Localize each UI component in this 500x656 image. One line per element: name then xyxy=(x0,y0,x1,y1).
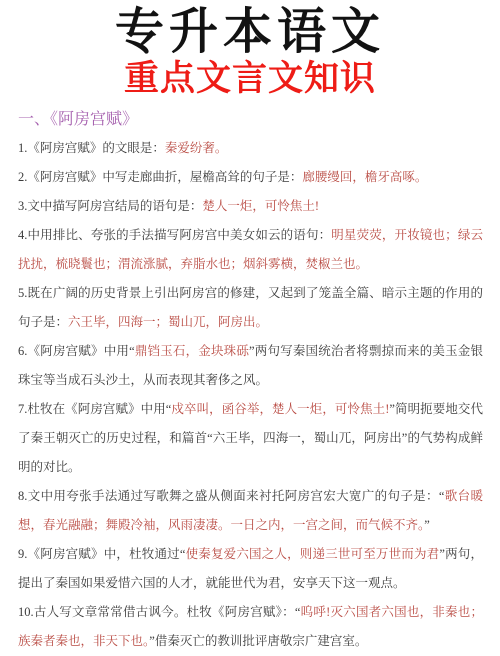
question-text: 3.文中描写阿房宫结局的语句是： xyxy=(18,199,202,213)
section-heading: 一、《阿房宫赋》 xyxy=(18,111,500,129)
page-title: 专升本语文 xyxy=(0,8,500,57)
question-text: ” xyxy=(424,518,430,532)
answer-text: 秦爱纷奢。 xyxy=(165,141,228,155)
qa-item: 4.中用排比、夸张的手法描写阿房宫中美女如云的语句：明星荧荧，开妆镜也；绿云扰扰… xyxy=(18,221,483,279)
question-text: 8.文中用夸张手法通过写歌舞之盛从侧面来衬托阿房宫宏大宽广的句子是：“ xyxy=(18,489,444,503)
question-text: ”借秦灭亡的教训批评唐敬宗广建宫室。 xyxy=(149,634,367,648)
question-text: 2.《阿房宫赋》中写走廊曲折，屋檐高耸的句子是： xyxy=(18,170,302,184)
answer-text: 使秦复爱六国之人，则递三世可至万世而为君 xyxy=(185,547,439,561)
qa-item: 6.《阿房宫赋》中用“鼎铛玉石，金块珠砾”两句写秦国统治者将剽掠而来的美玉金银珠… xyxy=(18,337,483,395)
answer-text: 戍卒叫，函谷举，楚人一炬，可怜焦土! xyxy=(171,402,389,416)
question-text: 7.杜牧在《阿房宫赋》中用“ xyxy=(18,402,171,416)
qa-item: 5.既在广阔的历史背景上引出阿房宫的修建，又起到了笼盖全篇、暗示主题的作用的句子… xyxy=(18,279,483,337)
answer-text: 鼎铛玉石，金块珠砾 xyxy=(135,344,249,358)
qa-list: 1.《阿房宫赋》的文眼是：秦爱纷奢。2.《阿房宫赋》中写走廊曲折，屋檐高耸的句子… xyxy=(0,134,500,656)
question-text: 6.《阿房宫赋》中用“ xyxy=(18,344,135,358)
qa-item: 7.杜牧在《阿房宫赋》中用“戍卒叫，函谷举，楚人一炬，可怜焦土!”简明扼要地交代… xyxy=(18,395,483,482)
qa-item: 1.《阿房宫赋》的文眼是：秦爱纷奢。 xyxy=(18,134,483,163)
document-page: 专升本语文 重点文言文知识 一、《阿房宫赋》 1.《阿房宫赋》的文眼是：秦爱纷奢… xyxy=(0,0,500,656)
qa-item: 9.《阿房宫赋》中，杜牧通过“使秦复爱六国之人，则递三世可至万世而为君”两句，提… xyxy=(18,540,483,598)
answer-text: 六王毕，四海一；蜀山兀，阿房出。 xyxy=(68,315,268,329)
qa-item: 8.文中用夸张手法通过写歌舞之盛从侧面来衬托阿房宫宏大宽广的句子是：“歌台暖想，… xyxy=(18,482,483,540)
question-text: 1.《阿房宫赋》的文眼是： xyxy=(18,141,165,155)
answer-text: 廊腰缦回，檐牙高啄。 xyxy=(302,170,427,184)
document-header: 专升本语文 重点文言文知识 xyxy=(0,8,500,96)
qa-item: 10.古人写文章常常借古讽今。杜牧《阿房宫赋》：“呜呼!灭六国者六国也，非秦也；… xyxy=(18,598,483,656)
qa-item: 2.《阿房宫赋》中写走廊曲折，屋檐高耸的句子是：廊腰缦回，檐牙高啄。 xyxy=(18,163,483,192)
qa-item: 3.文中描写阿房宫结局的语句是：楚人一炬，可怜焦土! xyxy=(18,192,483,221)
question-text: 4.中用排比、夸张的手法描写阿房宫中美女如云的语句： xyxy=(18,228,331,242)
answer-text: 楚人一炬，可怜焦土! xyxy=(202,199,319,213)
page-subtitle: 重点文言文知识 xyxy=(0,61,500,96)
question-text: 10.古人写文章常常借古讽今。杜牧《阿房宫赋》：“ xyxy=(18,605,300,619)
question-text: 9.《阿房宫赋》中，杜牧通过“ xyxy=(18,547,185,561)
